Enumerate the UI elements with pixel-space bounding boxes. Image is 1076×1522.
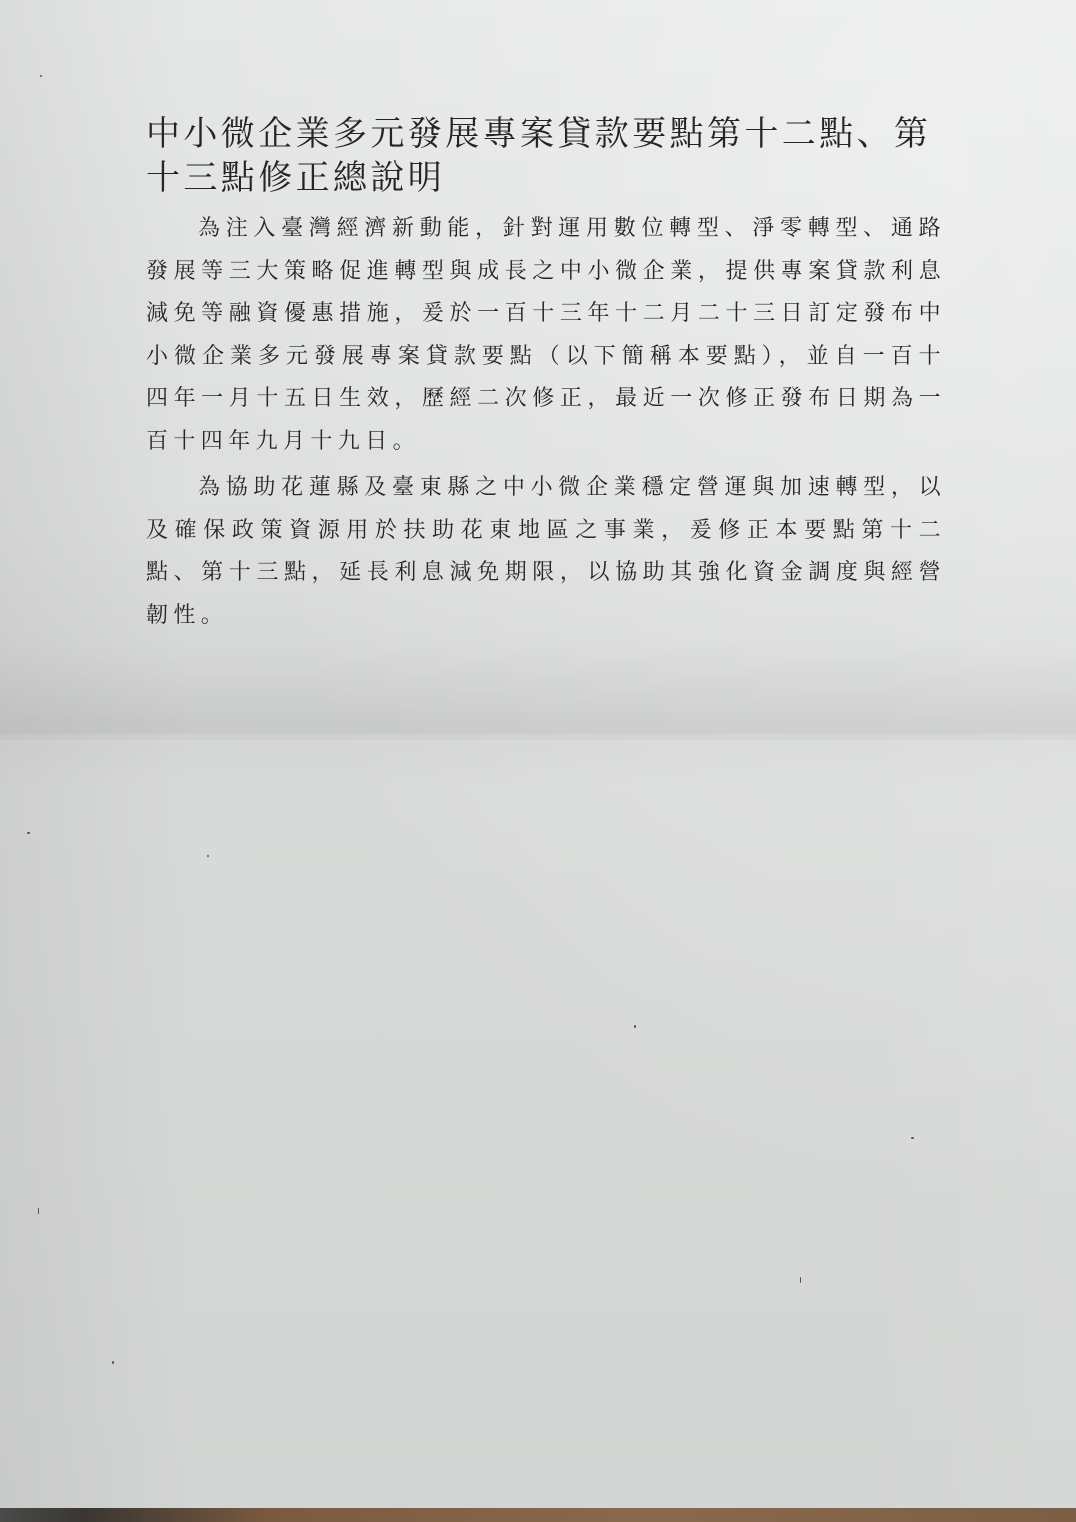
paper-speck xyxy=(112,1361,114,1364)
document-title: 中小微企業多元發展專案貸款要點第十二點、第十三點修正總說明 xyxy=(146,112,946,200)
paper-speck xyxy=(800,1277,801,1283)
table-surface xyxy=(0,1508,1076,1522)
paper-fold-crease xyxy=(0,738,1076,742)
document-body: 中小微企業多元發展專案貸款要點第十二點、第十三點修正總說明 為注入臺灣經濟新動能… xyxy=(146,112,946,641)
paper-speck xyxy=(38,1208,39,1214)
paper-fold-shadow xyxy=(0,640,1076,740)
paper-speck xyxy=(634,1025,636,1028)
paper-speck xyxy=(40,75,42,77)
paper-speck xyxy=(27,832,30,834)
paper-speck xyxy=(207,855,209,857)
paper-speck xyxy=(911,1137,914,1139)
paper-sheet: 中小微企業多元發展專案貸款要點第十二點、第十三點修正總說明 為注入臺灣經濟新動能… xyxy=(0,0,1076,1510)
paragraph-background: 為注入臺灣經濟新動能，針對運用數位轉型、淨零轉型、通路發展等三大策略促進轉型與成… xyxy=(146,208,946,463)
paragraph-amendment-purpose: 為協助花蓮縣及臺東縣之中小微企業穩定營運與加速轉型，以及確保政策資源用於扶助花東… xyxy=(146,467,946,637)
